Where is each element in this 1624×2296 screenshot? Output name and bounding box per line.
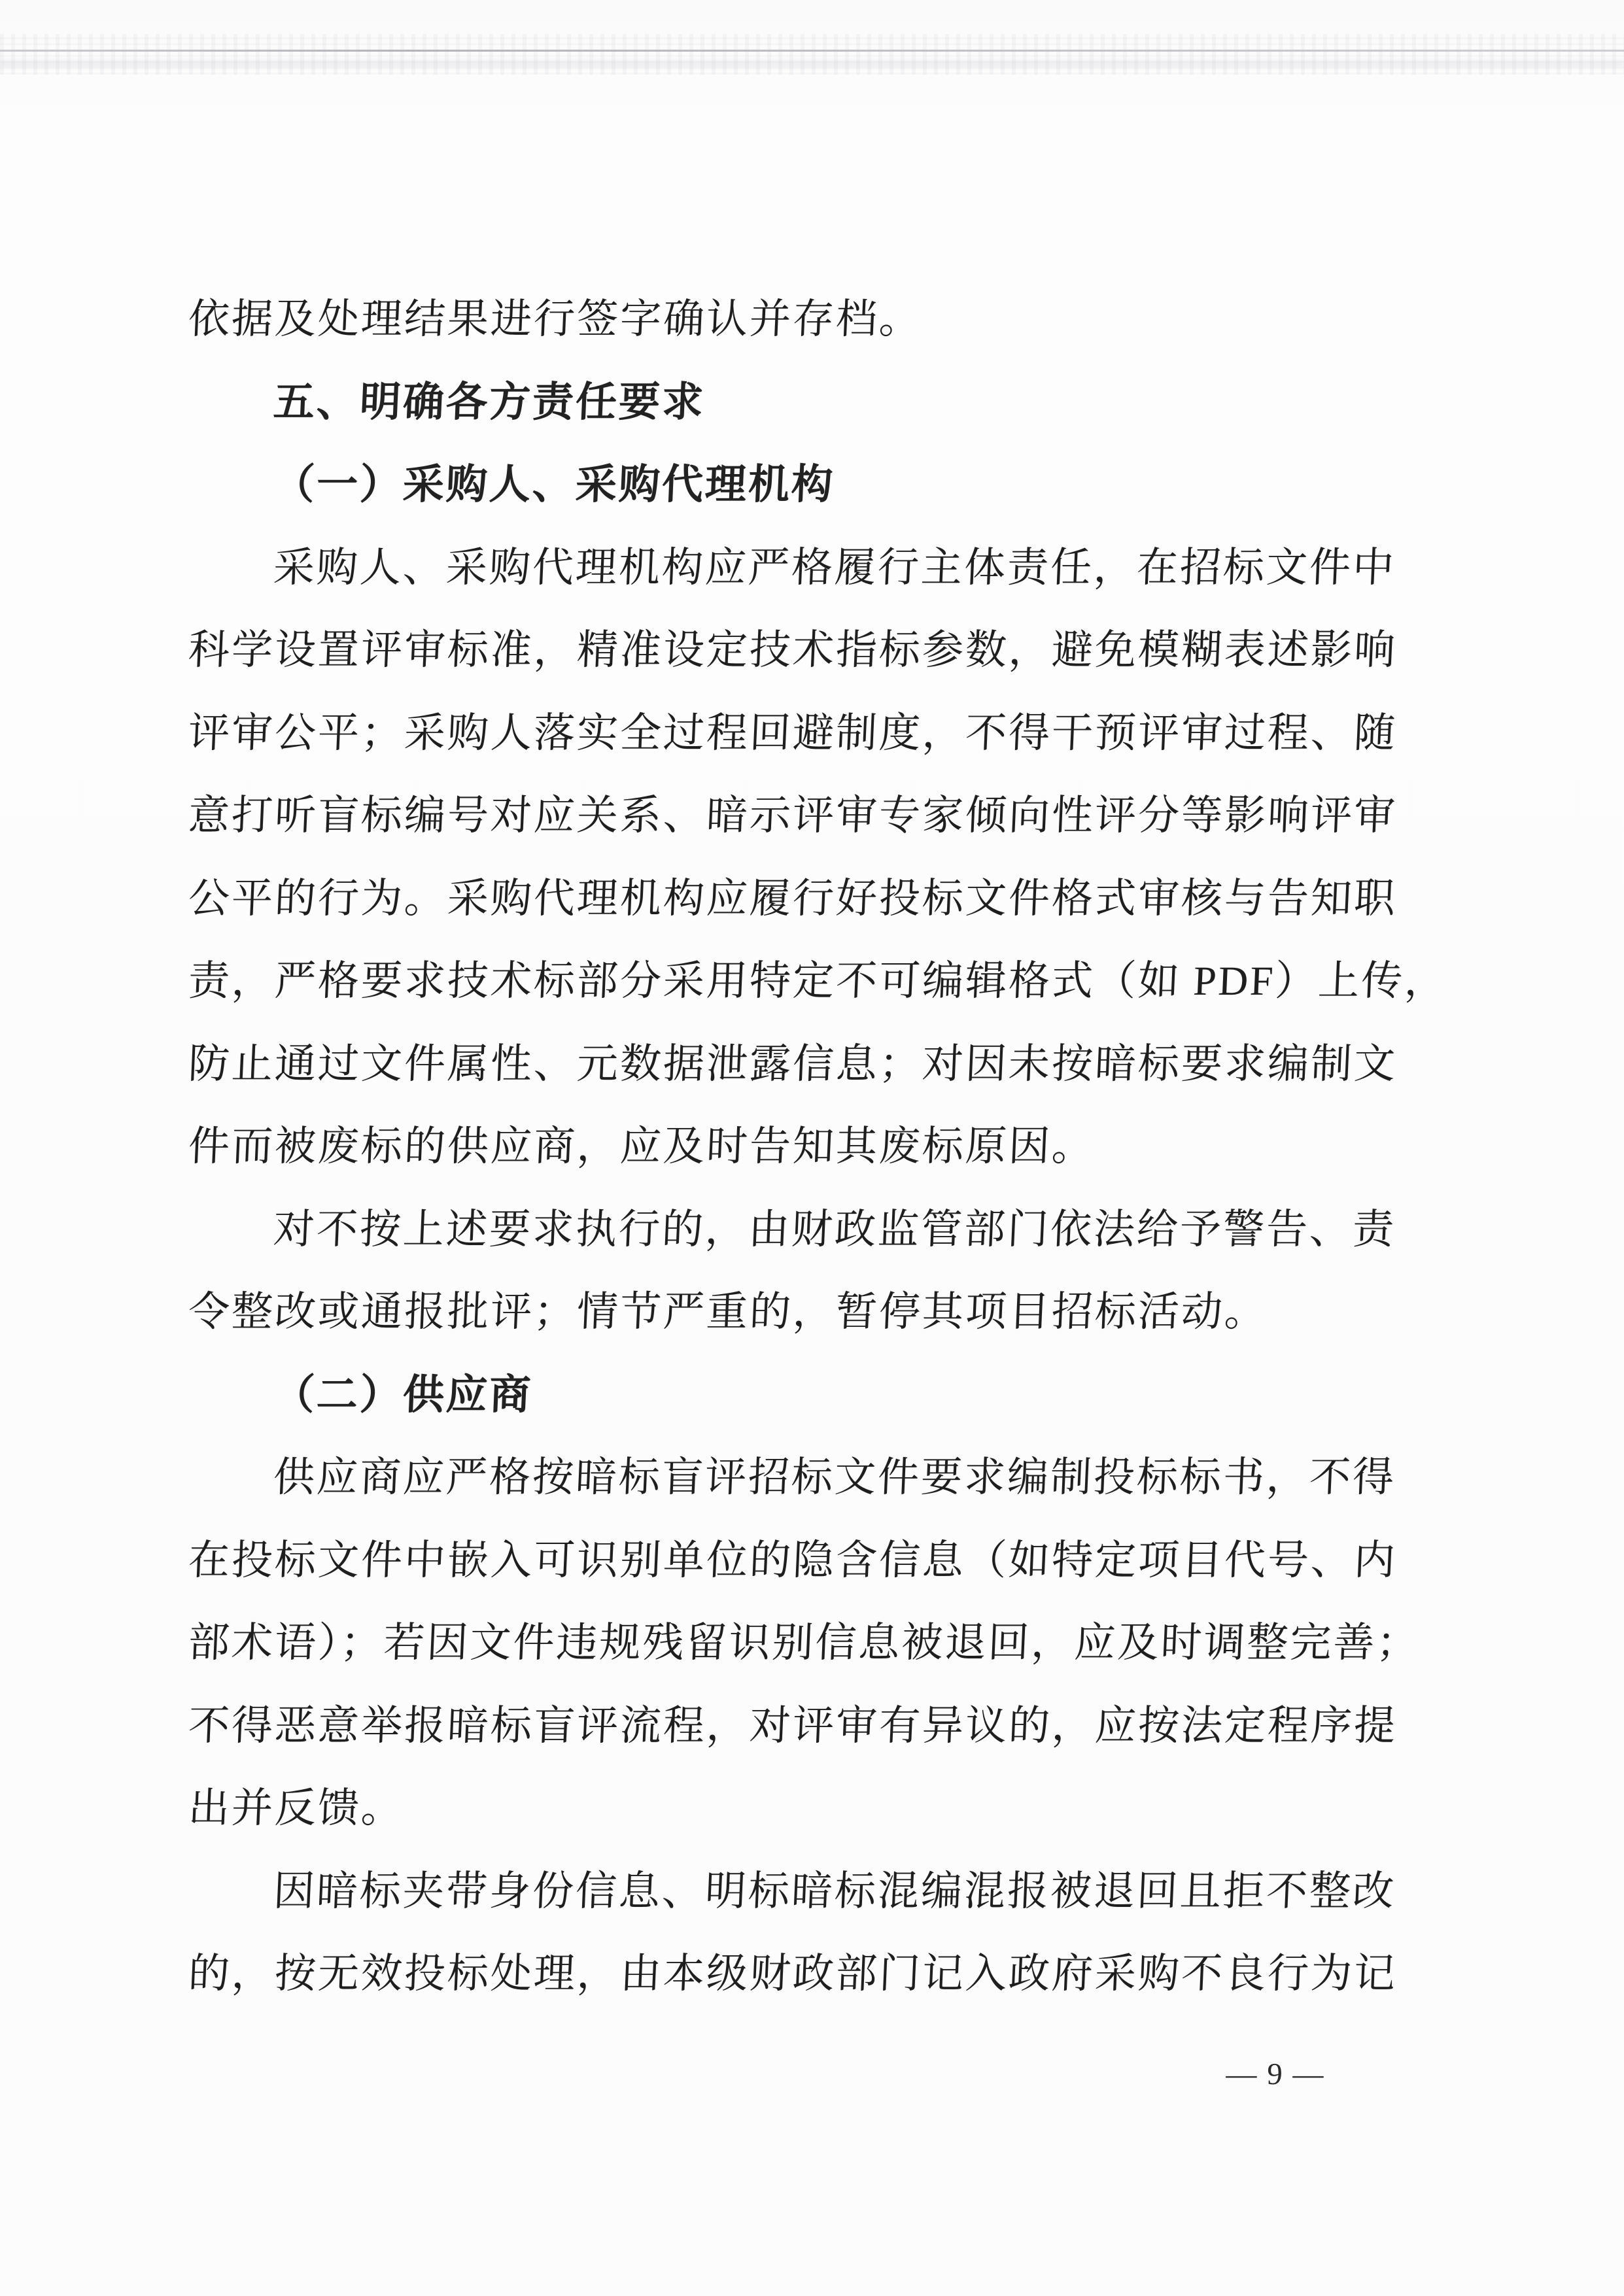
body-line: 公平的行为。采购代理机构应履行好投标文件格式审核与告知职 — [186, 857, 1395, 940]
page-number: — 9 — — [1157, 2051, 1394, 2098]
body-line: 防止通过文件属性、元数据泄露信息；对因未按暗标要求编制文 — [186, 1023, 1395, 1106]
body-line: 科学设置评审标准，精准设定技术指标参数，避免模糊表述影响 — [186, 609, 1395, 692]
scan-artifact-smudge — [0, 60, 1624, 67]
body-line: 令整改或通报批评；情节严重的，暂停其项目招标活动。 — [186, 1271, 1395, 1354]
body-line: 件而被废标的供应商，应及时告知其废标原因。 — [186, 1105, 1395, 1188]
scan-noise-band — [0, 34, 1624, 75]
body-line: 供应商应严格按暗标盲评招标文件要求编制投标标书，不得 — [186, 1436, 1395, 1519]
body-line: 依据及处理结果进行签字确认并存档。 — [186, 278, 1395, 361]
body-line: 部术语）；若因文件违规残留识别信息被退回，应及时调整完善； — [186, 1602, 1395, 1685]
body-line: 不得恶意举报暗标盲评流程，对评审有异议的，应按法定程序提 — [186, 1685, 1395, 1768]
body-line: 的，按无效投标处理，由本级财政部门记入政府采购不良行为记 — [186, 1932, 1395, 2015]
section-heading: 五、明确各方责任要求 — [186, 361, 1395, 444]
body-line: 出并反馈。 — [186, 1767, 1395, 1850]
body-line: 对不按上述要求执行的，由财政监管部门依法给予警告、责 — [186, 1188, 1395, 1271]
text-block: 依据及处理结果进行签字确认并存档。 五、明确各方责任要求 （一）采购人、采购代理… — [188, 278, 1393, 2015]
body-line: 评审公平；采购人落实全过程回避制度，不得干预评审过程、随 — [186, 692, 1395, 775]
document-page: 依据及处理结果进行签字确认并存档。 五、明确各方责任要求 （一）采购人、采购代理… — [0, 0, 1624, 2296]
body-line: 在投标文件中嵌入可识别单位的隐含信息（如特定项目代号、内 — [186, 1519, 1395, 1602]
body-line: 责，严格要求技术标部分采用特定不可编辑格式（如 PDF）上传， — [186, 940, 1395, 1023]
body-line: 因暗标夹带身份信息、明标暗标混编混报被退回且拒不整改 — [186, 1850, 1395, 1933]
subsection-heading: （二）供应商 — [186, 1354, 1395, 1437]
body-line: 采购人、采购代理机构应严格履行主体责任，在招标文件中 — [186, 526, 1395, 609]
body-line: 意打听盲标编号对应关系、暗示评审专家倾向性评分等影响评审 — [186, 774, 1395, 857]
scan-artifact-line — [0, 50, 1624, 52]
subsection-heading: （一）采购人、采购代理机构 — [186, 443, 1395, 526]
